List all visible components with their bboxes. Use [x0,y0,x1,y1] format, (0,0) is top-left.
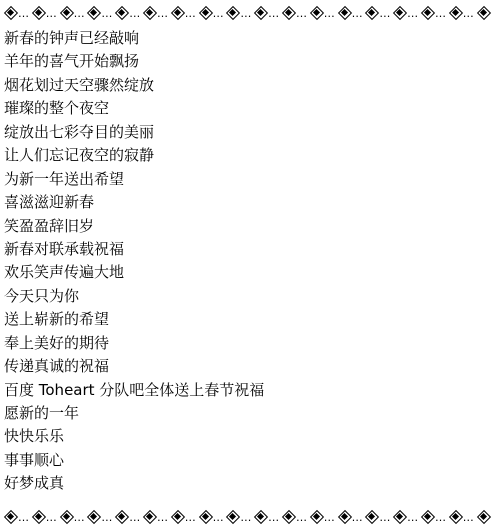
ellipsis: … [379,2,390,22]
border-segment: … [393,2,421,22]
diamond-icon [421,6,434,19]
border-segment: … [310,2,338,22]
poem-line: 好梦成真 [4,472,264,495]
ellipsis: … [296,506,307,526]
diamond-icon [60,6,73,19]
ellipsis: … [185,2,196,22]
bottom-decorative-border: …………………………………………… [4,508,500,524]
border-segment: … [254,506,282,526]
diamond-icon [199,6,212,19]
ellipsis: … [352,506,363,526]
border-segment: … [199,2,227,22]
ellipsis: … [101,2,112,22]
diamond-icon [449,6,462,19]
ellipsis: … [324,2,335,22]
border-segment: … [282,2,310,22]
border-segment: … [338,506,366,526]
ellipsis: … [213,2,224,22]
poem-line: 事事顺心 [4,449,264,472]
diamond-icon [87,6,100,19]
border-segment: … [449,2,477,22]
ellipsis: … [240,2,251,22]
poem-line: 新春的钟声已经敲响 [4,27,264,50]
border-segment: … [32,506,60,526]
diamond-icon [449,510,462,523]
diamond-icon [477,510,490,523]
diamond-icon [115,6,128,19]
ellipsis: … [18,2,29,22]
border-segment: … [171,2,199,22]
ellipsis: … [407,2,418,22]
poem-line: 新春对联承载祝福 [4,238,264,261]
border-segment: … [226,506,254,526]
ellipsis: … [185,506,196,526]
ellipsis: … [463,2,474,22]
diamond-icon [421,510,434,523]
poem-line: 今天只为你 [4,285,264,308]
poem: 新春的钟声已经敲响 羊年的喜气开始飘扬 烟花划过天空骤然绽放 璀璨的整个夜空 绽… [4,27,264,496]
border-segment: … [4,2,32,22]
poem-line: 烟花划过天空骤然绽放 [4,74,264,97]
diamond-icon [365,6,378,19]
poem-line: 欢乐笑声传遍大地 [4,261,264,284]
border-segment: … [199,506,227,526]
diamond-icon [254,6,267,19]
border-segment: … [365,2,393,22]
diamond-icon [310,510,323,523]
poem-line: 笑盈盈辞旧岁 [4,215,264,238]
poem-line: 送上崭新的希望 [4,308,264,331]
diamond-icon [4,6,17,19]
ellipsis: … [101,506,112,526]
diamond-icon [115,510,128,523]
diamond-icon [338,6,351,19]
diamond-icon [32,510,45,523]
diamond-icon [393,510,406,523]
poem-line: 让人们忘记夜空的寂静 [4,144,264,167]
poem-line: 传递真诚的祝福 [4,355,264,378]
border-segment: … [226,2,254,22]
border-segment: … [282,506,310,526]
diamond-icon [477,6,490,19]
poem-line: 绽放出七彩夺目的美丽 [4,121,264,144]
diamond-icon [282,510,295,523]
poem-line: 奉上美好的期待 [4,332,264,355]
top-decorative-border: …………………………………………… [4,4,500,20]
border-segment: … [421,506,449,526]
ellipsis: … [435,2,446,22]
ellipsis: … [296,2,307,22]
diamond-icon [87,510,100,523]
diamond-icon [171,510,184,523]
diamond-icon [282,6,295,19]
poem-line-dedication: 百度 Toheart 分队吧全体送上春节祝福 [4,379,264,402]
ellipsis: … [18,506,29,526]
border-segment: … [449,506,477,526]
border-segment: … [87,2,115,22]
ellipsis: … [352,2,363,22]
ellipsis: … [324,506,335,526]
ellipsis: … [407,506,418,526]
diamond-icon [226,510,239,523]
diamond-icon [393,6,406,19]
ellipsis: … [157,506,168,526]
diamond-icon [60,510,73,523]
border-segment: … [143,506,171,526]
border-segment [477,6,500,19]
poem-line: 愿新的一年 [4,402,264,425]
poem-line: 为新一年送出希望 [4,168,264,191]
ellipsis: … [46,2,57,22]
ellipsis: … [129,506,140,526]
ellipsis: … [379,506,390,526]
diamond-icon [143,6,156,19]
diamond-icon [310,6,323,19]
diamond-icon [143,510,156,523]
diamond-icon [365,510,378,523]
diamond-icon [226,6,239,19]
diamond-icon [32,6,45,19]
border-segment: … [171,506,199,526]
poem-line: 喜滋滋迎新春 [4,191,264,214]
ellipsis: … [240,506,251,526]
poem-line: 羊年的喜气开始飘扬 [4,50,264,73]
border-segment: … [60,2,88,22]
border-segment: … [421,2,449,22]
border-segment: … [393,506,421,526]
diamond-icon [4,510,17,523]
border-segment: … [310,506,338,526]
diamond-icon [199,510,212,523]
ellipsis: … [435,506,446,526]
ellipsis: … [46,506,57,526]
border-segment: … [4,506,32,526]
border-segment: … [32,2,60,22]
border-segment: … [60,506,88,526]
diamond-icon [171,6,184,19]
ellipsis: … [213,506,224,526]
border-segment: … [115,506,143,526]
ellipsis: … [129,2,140,22]
border-segment: … [365,506,393,526]
ellipsis: … [463,506,474,526]
border-segment: … [87,506,115,526]
ellipsis: … [74,506,85,526]
ellipsis: … [268,2,279,22]
poem-line: 璀璨的整个夜空 [4,97,264,120]
border-segment: … [115,2,143,22]
border-segment: … [338,2,366,22]
diamond-icon [254,510,267,523]
border-segment: … [254,2,282,22]
border-segment [477,510,500,523]
ellipsis: … [268,506,279,526]
ellipsis: … [157,2,168,22]
poem-line: 快快乐乐 [4,425,264,448]
diamond-icon [338,510,351,523]
border-segment: … [143,2,171,22]
ellipsis: … [74,2,85,22]
